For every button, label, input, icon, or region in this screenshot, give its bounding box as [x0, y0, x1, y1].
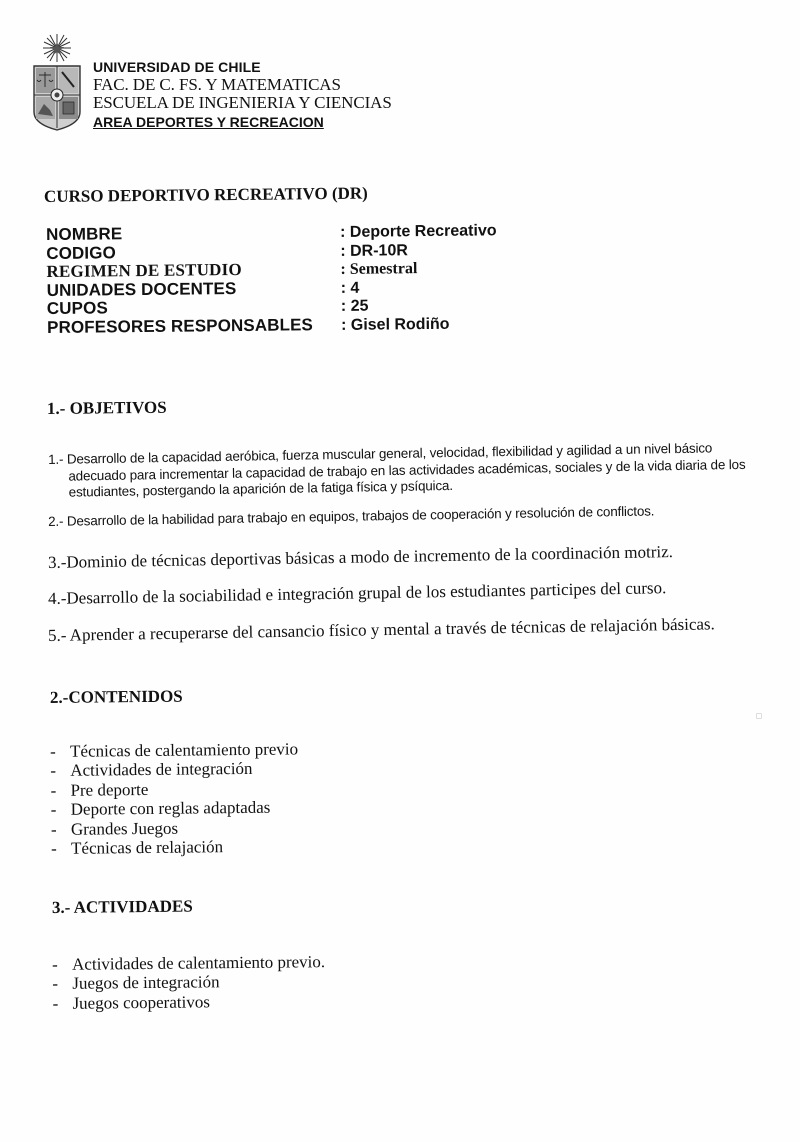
objective-item-3: 3.-Dominio de técnicas deportivas básica…: [48, 542, 673, 573]
list-item: -Pre deporte: [50, 778, 298, 800]
list-item: -Deporte con reglas adaptadas: [51, 798, 299, 820]
list-item: -Juegos cooperativos: [52, 991, 325, 1013]
dash-bullet: -: [50, 742, 70, 762]
scanned-document-page: UNIVERSIDAD DE CHILE FAC. DE C. FS. Y MA…: [0, 0, 800, 1142]
dash-bullet: -: [50, 781, 70, 801]
section-heading-actividades: 3.- ACTIVIDADES: [52, 897, 193, 918]
dash-bullet: -: [50, 761, 70, 781]
objective-item-1: 1.- Desarrollo de la capacidad aeróbica,…: [48, 440, 749, 502]
list-item: -Técnicas de calentamiento previo: [50, 739, 298, 761]
list-item: -Actividades de integración: [50, 759, 298, 781]
list-item: -Técnicas de relajación: [51, 836, 299, 858]
section-heading-objetivos: 1.- OBJETIVOS: [47, 398, 167, 419]
actividades-list: -Actividades de calentamiento previo. -J…: [52, 952, 326, 1013]
list-item: -Grandes Juegos: [51, 817, 299, 839]
info-value: : 25: [341, 298, 369, 316]
course-info-table: NOMBRE : Deporte Recreativo CODIGO : DR-…: [46, 220, 567, 337]
contenidos-list: -Técnicas de calentamiento previo -Activ…: [50, 739, 299, 858]
scan-artifact: [756, 713, 762, 719]
info-value: : Semestral: [340, 260, 417, 279]
list-item-text: Grandes Juegos: [71, 818, 178, 839]
faculty-name: FAC. DE C. FS. Y MATEMATICAS: [93, 76, 392, 94]
letterhead: UNIVERSIDAD DE CHILE FAC. DE C. FS. Y MA…: [93, 60, 392, 129]
dash-bullet: -: [51, 839, 71, 859]
info-value: : Deporte Recreativo: [340, 222, 497, 242]
dash-bullet: -: [52, 974, 72, 994]
info-value: : 4: [341, 280, 360, 298]
list-item-text: Técnicas de calentamiento previo: [70, 739, 298, 761]
school-name: ESCUELA DE INGENIERIA Y CIENCIAS: [93, 94, 392, 112]
list-item-text: Técnicas de relajación: [71, 837, 223, 858]
list-item-text: Juegos cooperativos: [72, 992, 210, 1013]
dash-bullet: -: [52, 955, 72, 975]
info-label: PROFESORES RESPONSABLES: [47, 315, 341, 338]
university-name: UNIVERSIDAD DE CHILE: [93, 60, 392, 74]
list-item-text: Deporte con reglas adaptadas: [71, 798, 271, 819]
list-item-text: Actividades de calentamiento previo.: [72, 952, 325, 974]
section-heading-contenidos: 2.-CONTENIDOS: [50, 687, 183, 708]
list-item: -Actividades de calentamiento previo.: [52, 952, 325, 974]
objective-item-5: 5.- Aprender a recuperarse del cansancio…: [48, 614, 715, 646]
list-item-text: Pre deporte: [70, 780, 148, 800]
university-coat-of-arms-icon: [28, 32, 86, 132]
objective-item-4: 4.-Desarrollo de la sociabilidad e integ…: [48, 578, 667, 609]
course-title: CURSO DEPORTIVO RECREATIVO (DR): [44, 184, 368, 207]
area-name: AREA DEPORTES Y RECREACION: [93, 115, 392, 129]
dash-bullet: -: [51, 800, 71, 820]
objective-text: 1.- Desarrollo de la capacidad aeróbica,…: [48, 440, 749, 502]
info-value: : DR-10R: [340, 242, 408, 261]
objective-text: 2.- Desarrollo de la habilidad para trab…: [48, 502, 748, 531]
info-value: : Gisel Rodiño: [341, 316, 450, 335]
list-item-text: Juegos de integración: [72, 973, 219, 994]
objective-item-2: 2.- Desarrollo de la habilidad para trab…: [48, 502, 748, 531]
dash-bullet: -: [51, 819, 71, 839]
list-item-text: Actividades de integración: [70, 759, 252, 780]
dash-bullet: -: [52, 994, 72, 1014]
